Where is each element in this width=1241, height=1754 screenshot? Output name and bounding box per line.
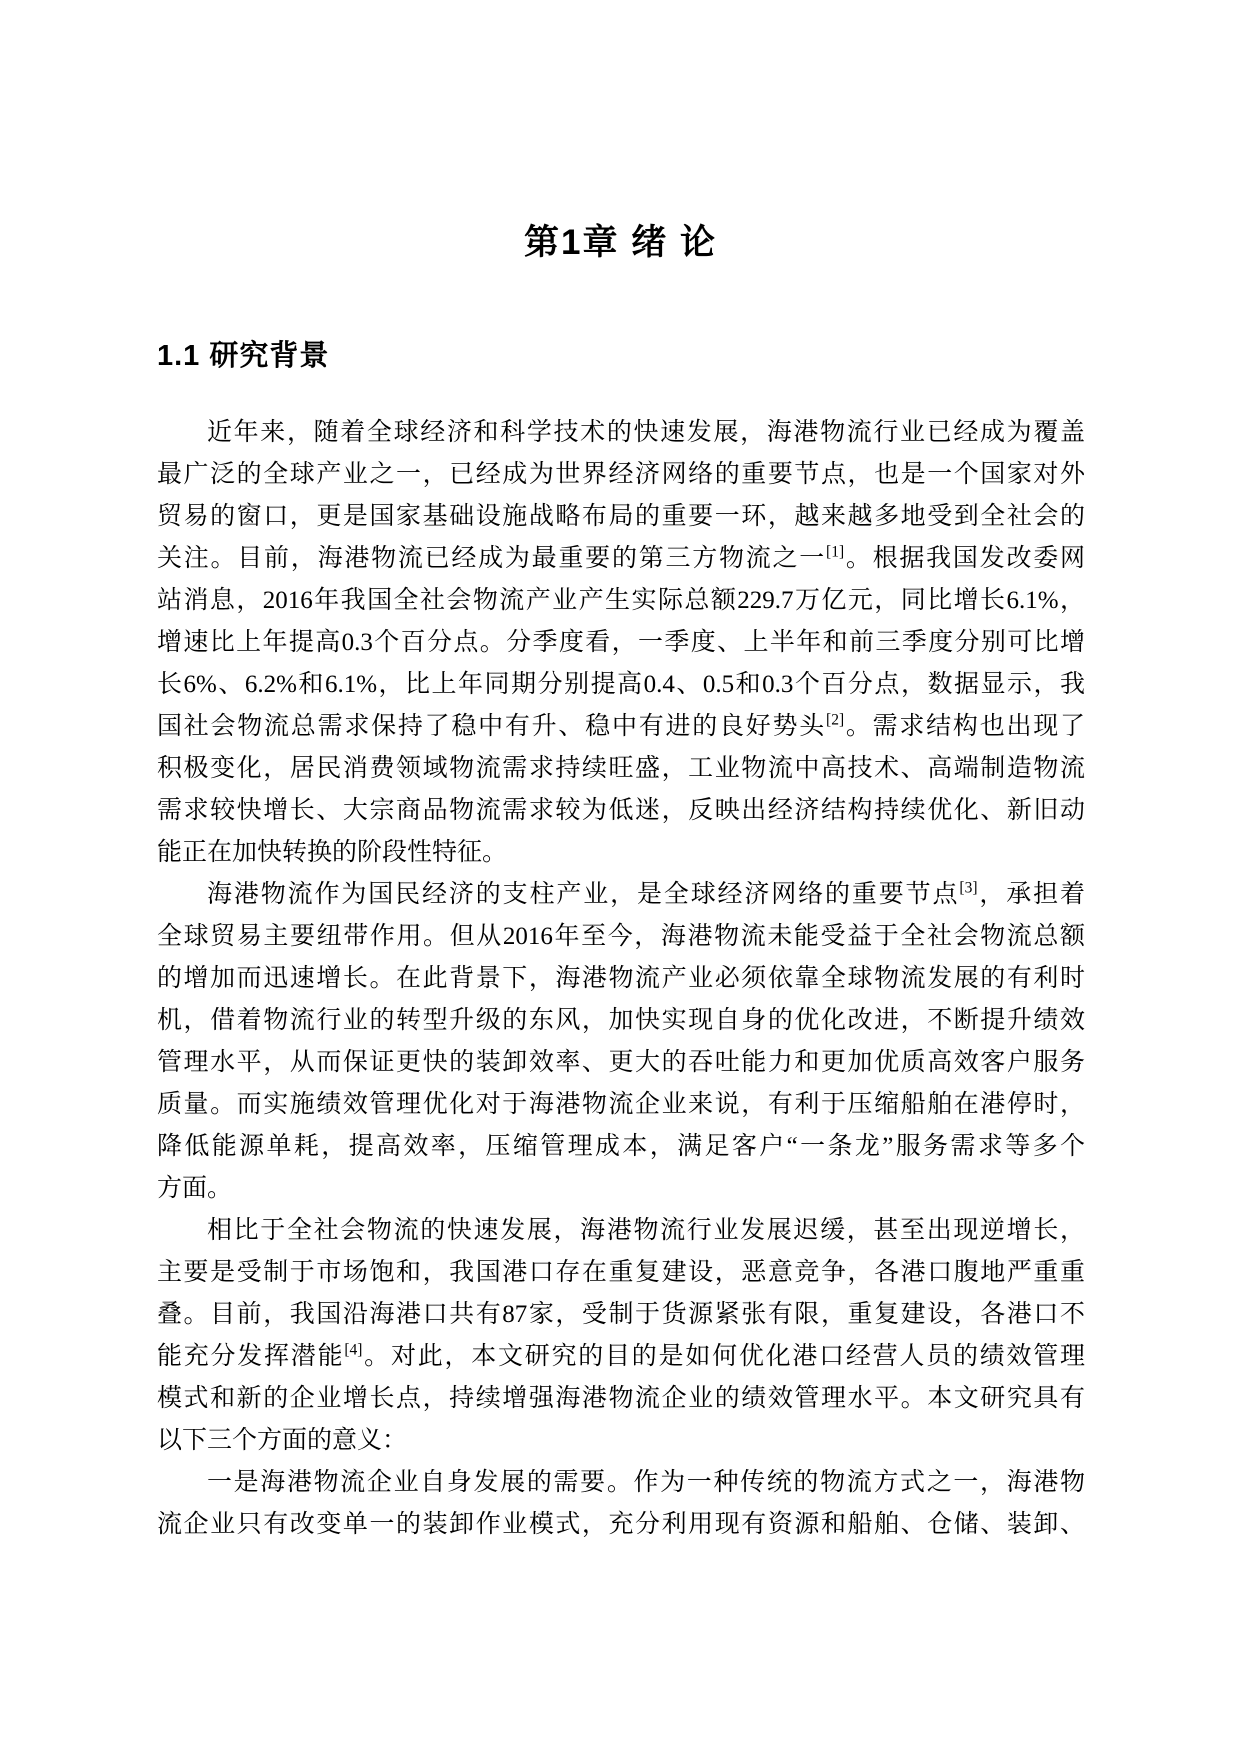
- text-line: 贸易的窗口，更是国家基础设施战略布局的重要一环，越来越多地受到全社会的: [157, 496, 1085, 538]
- text-line: 增速比上年提高0.3个百分点。分季度看，一季度、上半年和前三季度分别可比增: [157, 622, 1085, 664]
- chapter-title: 第1章 绪 论: [0, 221, 1241, 265]
- text-line: 以下三个方面的意义：: [157, 1420, 1085, 1462]
- text-line: 方面。: [157, 1168, 1085, 1210]
- text-line: 叠。目前，我国沿海港口共有87家，受制于货源紧张有限，重复建设，各港口不: [157, 1294, 1085, 1336]
- text-line: 最广泛的全球产业之一，已经成为世界经济网络的重要节点，也是一个国家对外: [157, 454, 1085, 496]
- text-line: 需求较快增长、大宗商品物流需求较为低迷，反映出经济结构持续优化、新旧动: [157, 790, 1085, 832]
- text-line: 质量。而实施绩效管理优化对于海港物流企业来说，有利于压缩船舶在港停时，: [157, 1084, 1085, 1126]
- text-line: 关注。目前，海港物流已经成为最重要的第三方物流之一[1]。根据我国发改委网: [157, 538, 1085, 580]
- text-line: 长6%、6.2%和6.1%，比上年同期分别提高0.4、0.5和0.3个百分点，数…: [157, 664, 1085, 706]
- footnote-ref: [1]: [826, 544, 844, 561]
- text-line: 的增加而迅速增长。在此背景下，海港物流产业必须依靠全球物流发展的有利时: [157, 958, 1085, 1000]
- text-line: 模式和新的企业增长点，持续增强海港物流企业的绩效管理水平。本文研究具有: [157, 1378, 1085, 1420]
- footnote-ref: [3]: [959, 880, 977, 897]
- text-line: 机，借着物流行业的转型升级的东风，加快实现自身的优化改进，不断提升绩效: [157, 1000, 1085, 1042]
- text-line: 近年来，随着全球经济和科学技术的快速发展，海港物流行业已经成为覆盖: [157, 412, 1085, 454]
- text-line: 能充分发挥潜能[4]。对此，本文研究的目的是如何优化港口经营人员的绩效管理: [157, 1336, 1085, 1378]
- document-page: 第1章 绪 论 1.1 研究背景 近年来，随着全球经济和科学技术的快速发展，海港…: [0, 0, 1241, 1754]
- text-line: 能正在加快转换的阶段性特征。: [157, 832, 1085, 874]
- section-heading: 1.1 研究背景: [157, 337, 329, 375]
- footnote-ref: [4]: [344, 1342, 362, 1359]
- text-line: 降低能源单耗，提高效率，压缩管理成本，满足客户“一条龙”服务需求等多个: [157, 1126, 1085, 1168]
- text-line: 海港物流作为国民经济的支柱产业，是全球经济网络的重要节点[3]，承担着: [157, 874, 1085, 916]
- text-line: 相比于全社会物流的快速发展，海港物流行业发展迟缓，甚至出现逆增长，: [157, 1210, 1085, 1252]
- text-line: 流企业只有改变单一的装卸作业模式，充分利用现有资源和船舶、仓储、装卸、: [157, 1504, 1085, 1546]
- text-line: 国社会物流总需求保持了稳中有升、稳中有进的良好势头[2]。需求结构也出现了: [157, 706, 1085, 748]
- text-line: 主要是受制于市场饱和，我国港口存在重复建设，恶意竞争，各港口腹地严重重: [157, 1252, 1085, 1294]
- text-line: 一是海港物流企业自身发展的需要。作为一种传统的物流方式之一，海港物: [157, 1462, 1085, 1504]
- text-line: 积极变化，居民消费领域物流需求持续旺盛，工业物流中高技术、高端制造物流: [157, 748, 1085, 790]
- text-line: 全球贸易主要纽带作用。但从2016年至今，海港物流未能受益于全社会物流总额: [157, 916, 1085, 958]
- body-text: 近年来，随着全球经济和科学技术的快速发展，海港物流行业已经成为覆盖最广泛的全球产…: [157, 412, 1085, 1546]
- text-line: 管理水平，从而保证更快的装卸效率、更大的吞吐能力和更加优质高效客户服务: [157, 1042, 1085, 1084]
- text-line: 站消息，2016年我国全社会物流产业产生实际总额229.7万亿元，同比增长6.1…: [157, 580, 1085, 622]
- footnote-ref: [2]: [826, 712, 844, 729]
